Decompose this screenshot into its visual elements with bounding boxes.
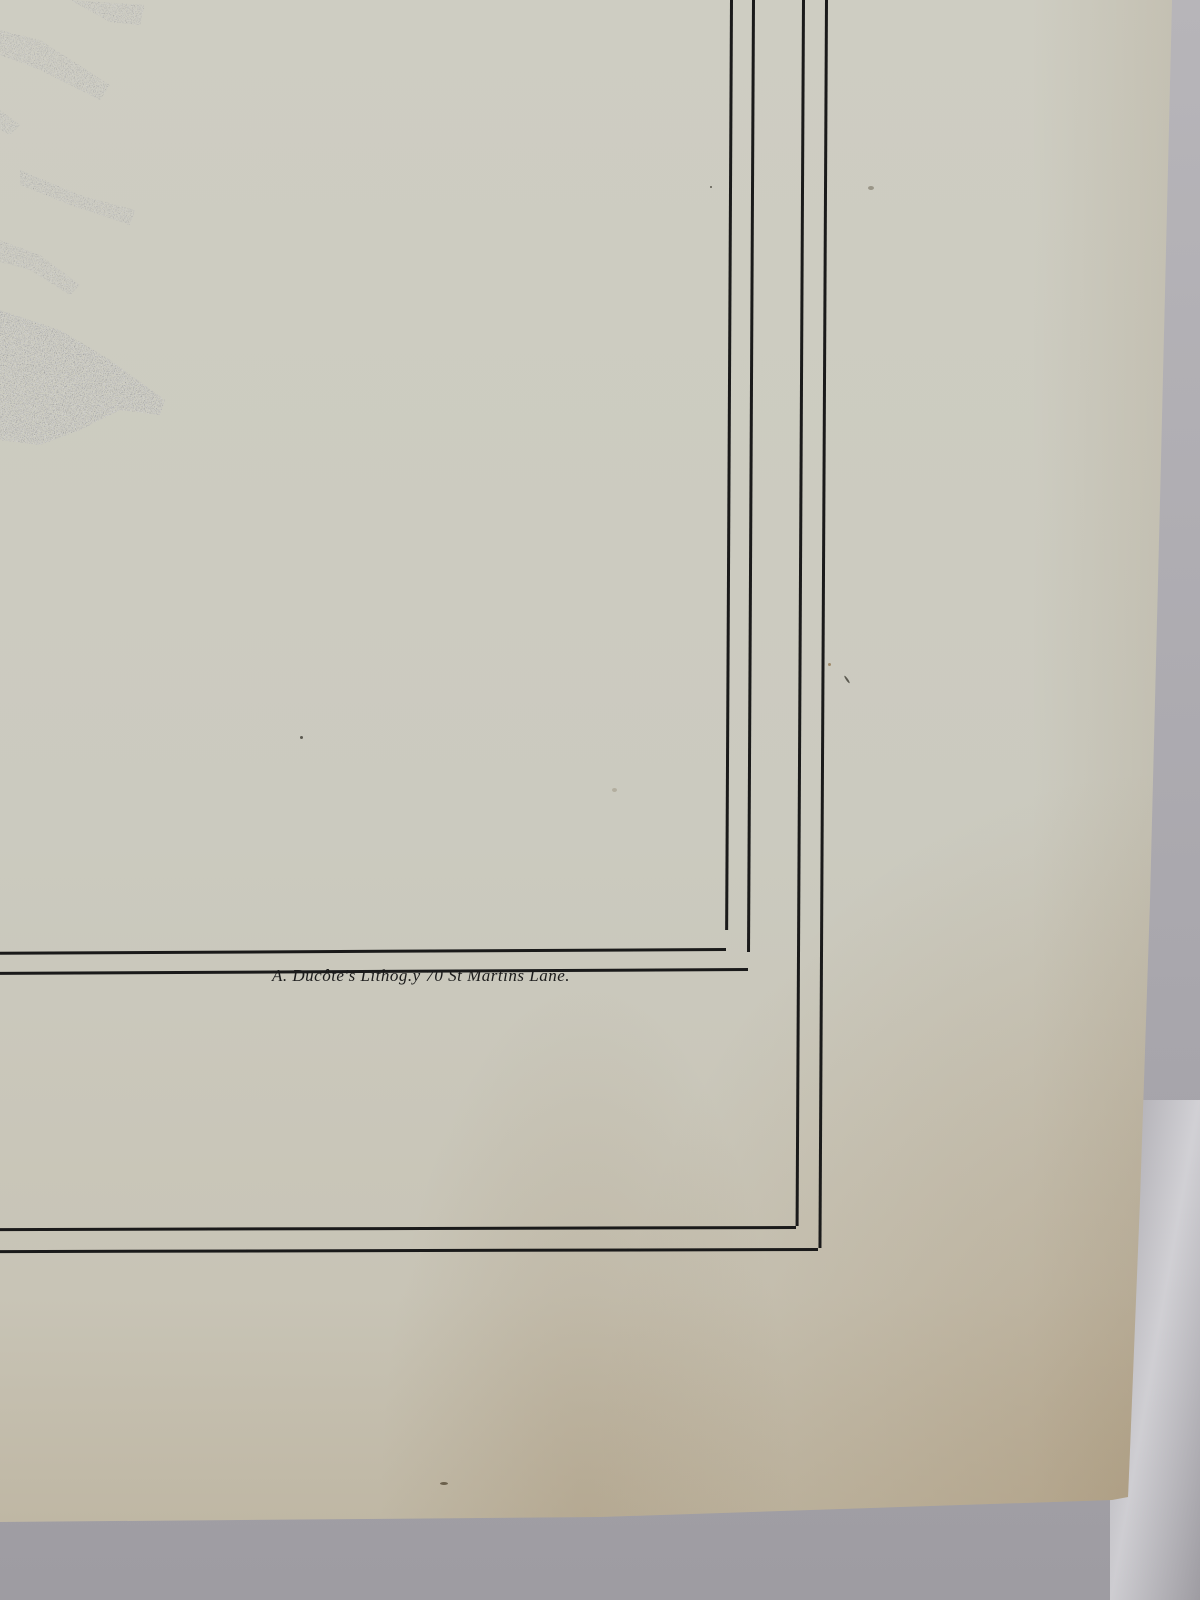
crayon-sketch-strokes (0, 0, 200, 460)
inner-frame-right-outer-line (747, 0, 755, 952)
outer-frame-right-line (796, 0, 805, 1226)
paper-speck (828, 663, 831, 666)
outer-frame-right-outer-line (818, 0, 828, 1248)
inner-frame-right-line (725, 0, 733, 930)
paper-speck (844, 675, 851, 684)
paper-speck (868, 186, 874, 190)
print-paper-sheet: A. Ducôte's Lithog.y 70 St Martins Lane. (0, 0, 1172, 1522)
outer-frame-bottom-line (0, 1226, 796, 1231)
paper-speck (710, 186, 712, 188)
outer-frame-bottom-outer-line (0, 1248, 818, 1253)
printer-imprint: A. Ducôte's Lithog.y 70 St Martins Lane. (272, 966, 570, 986)
paper-speck (612, 788, 617, 792)
paper-speck (440, 1482, 448, 1485)
paper-speck (300, 736, 303, 739)
inner-frame-bottom-line (0, 948, 726, 955)
